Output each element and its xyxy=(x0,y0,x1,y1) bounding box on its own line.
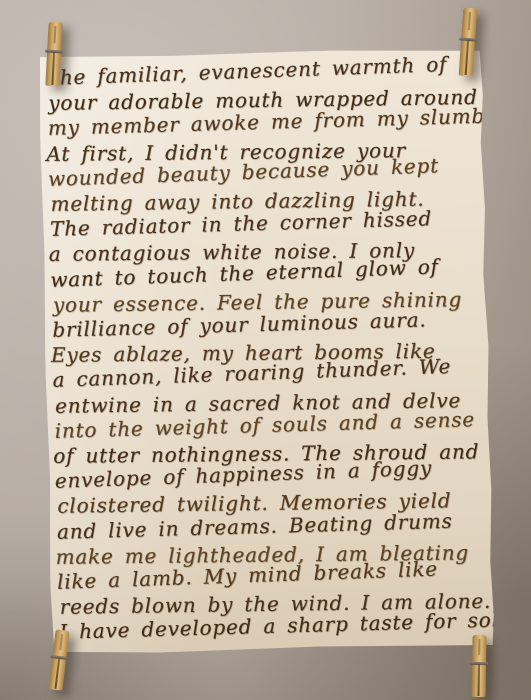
clothespin-notch xyxy=(60,634,63,650)
clothespin-leg-split xyxy=(51,52,55,85)
paper-sheet: The familiar, evanescent warmth of your … xyxy=(38,47,495,655)
clothespin-leg-split xyxy=(54,658,60,689)
clothespin-notch xyxy=(478,639,480,655)
clothespin-notch xyxy=(54,26,56,43)
clothespin-leg-split xyxy=(477,664,480,696)
clothespin-notch xyxy=(468,12,471,30)
handwritten-poem: The familiar, evanescent warmth of your … xyxy=(38,47,495,655)
clothespin-bottom-right xyxy=(471,635,486,697)
clothespin-leg-split xyxy=(465,40,469,75)
